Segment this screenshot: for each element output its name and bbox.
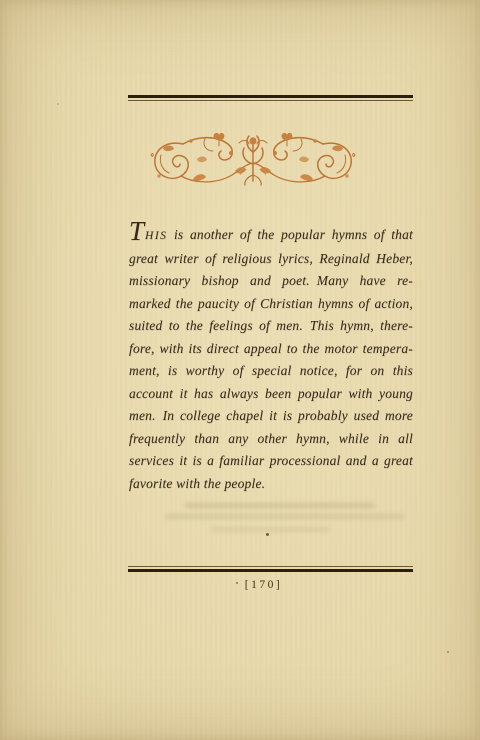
paragraph-line: frequently than any other hymn, while in…: [129, 428, 413, 451]
ink-showthrough-smudge: [185, 503, 375, 508]
paragraph-line: services it is a familiar processional a…: [129, 450, 413, 473]
bottom-double-rule: [128, 566, 413, 572]
ink-showthrough-smudge: [165, 514, 405, 519]
small-caps-word: HIS: [145, 230, 167, 242]
paragraph-line: account it has always been popular with …: [129, 383, 413, 406]
page-number: [170]: [245, 579, 282, 591]
rule-thick-line: [128, 569, 413, 572]
paragraph-line: great writer of religious lyrics, Regina…: [129, 248, 413, 271]
floral-ornament-svg: [147, 131, 359, 189]
drop-initial: T: [129, 216, 145, 246]
book-page: THIS is another of the popular hymns of …: [0, 0, 480, 740]
paragraph-line: missionary bishop and poet. Many have re…: [129, 270, 413, 293]
paragraph-line: fore, with its direct appeal to the moto…: [129, 338, 413, 361]
paper-speck: [57, 103, 59, 105]
rule-thin-line: [128, 100, 413, 101]
ink-showthrough-smudge: [210, 527, 330, 532]
paragraph-line: suited to the feelings of men. This hymn…: [129, 315, 413, 338]
page-number-container: [170]: [128, 575, 413, 593]
body-paragraph: THIS is another of the popular hymns of …: [129, 224, 413, 495]
paragraph-line: marked the paucity of Christian hymns of…: [129, 293, 413, 316]
paragraph-line: THIS is another of the popular hymns of …: [129, 224, 413, 248]
rule-thick-line: [128, 95, 413, 98]
floral-ornament-icon: [147, 131, 359, 189]
paragraph-line: men. In college chapel it is probably us…: [129, 405, 413, 428]
paper-speck: [447, 651, 449, 653]
paper-speck: [266, 533, 269, 536]
line-text: is another of the popular hymns of that: [174, 227, 413, 242]
paragraph-line: favorite with the people.: [129, 473, 413, 496]
rule-thin-line: [128, 566, 413, 567]
top-double-rule: [128, 95, 413, 101]
paragraph-line: ment, is worthy of special notice, for o…: [129, 360, 413, 383]
